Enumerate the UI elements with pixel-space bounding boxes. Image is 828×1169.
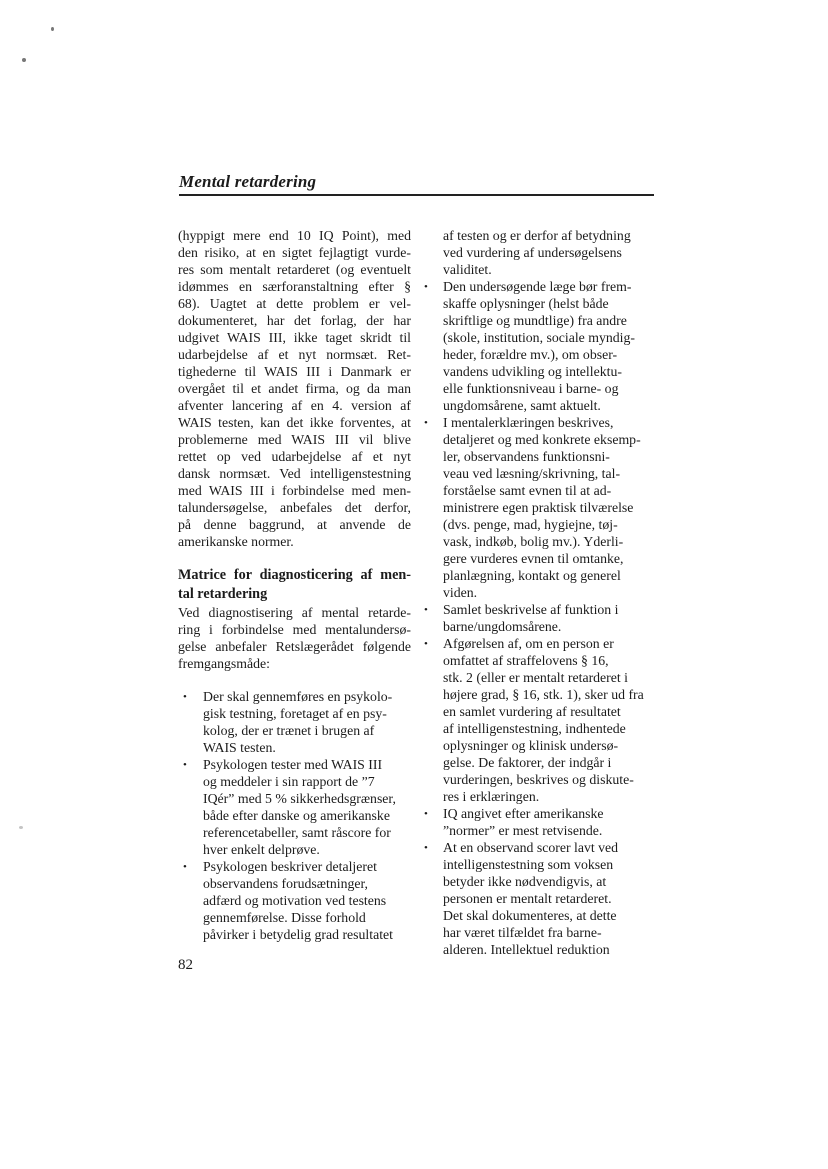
text-line: IQér” med 5 % sikkerhedsgrænser, <box>203 790 411 807</box>
text-line: res i erklæringen. <box>443 788 663 805</box>
text-line: Det skal dokumenteres, at dette <box>443 907 663 924</box>
text-line: betyder ikke nødvendigvis, at <box>443 873 663 890</box>
text-line: ungdomsårene, samt aktuelt. <box>443 397 663 414</box>
text-block-bullet: •Psykologen tester med WAIS IIIog meddel… <box>178 756 411 858</box>
text-line: observandens forudsætninger, <box>203 875 411 892</box>
text-line: tal retardering <box>178 585 411 604</box>
text-block-bullet: •Psykologen beskriver detaljeretobservan… <box>178 858 411 943</box>
text-line: vask, indkøb, bolig mv.). Yderli- <box>443 533 663 550</box>
text-line: gelse. De faktorer, der indgår i <box>443 754 663 771</box>
text-block-bullet: •Den undersøgende læge bør frem-skaffe o… <box>423 278 663 414</box>
text-line: alderen. Intellektuel reduktion <box>443 941 663 958</box>
text-block-bullet: •Samlet beskrivelse af funktion ibarne/u… <box>423 601 663 635</box>
text-line: ring i forbindelse med mentalundersø- <box>178 621 411 638</box>
text-line: oplysninger og klinisk undersø- <box>443 737 663 754</box>
text-line: gelse anbefaler Retslægerådet følgende <box>178 638 411 655</box>
text-line: dokumenteret, har det forlag, der har <box>178 312 411 329</box>
text-line: ler, observandens funktionsni- <box>443 448 663 465</box>
text-line: (dvs. penge, mad, hygiejne, tøj- <box>443 516 663 533</box>
text-line: personen er mentalt retarderet. <box>443 890 663 907</box>
text-line: gisk testning, foretaget af en psy- <box>203 705 411 722</box>
text-block-bullet: •Der skal gennemføres en psykolo-gisk te… <box>178 688 411 756</box>
text-line: skaffe oplysninger (helst både <box>443 295 663 312</box>
text-line: stk. 2 (eller er mentalt retarderet i <box>443 669 663 686</box>
text-line: rettet op ved udarbejdelse af et nyt <box>178 448 411 465</box>
text-line: adfærd og motivation ved testens <box>203 892 411 909</box>
text-line: på denne baggrund, at anvende de <box>178 516 411 533</box>
text-line: Psykologen tester med WAIS III <box>203 756 411 773</box>
text-line: dansk normsæt. Ved intelligenstestning <box>178 465 411 482</box>
page-number: 82 <box>178 957 193 974</box>
text-line: elle funktionsniveau i barne- og <box>443 380 663 397</box>
text-line: kolog, der er trænet i brugen af <box>203 722 411 739</box>
text-line: (skole, institution, sociale myndig- <box>443 329 663 346</box>
bullet-icon: • <box>424 602 428 619</box>
bullet-icon: • <box>183 689 187 706</box>
scan-speck <box>51 27 54 31</box>
text-line: Samlet beskrivelse af funktion i <box>443 601 663 618</box>
text-line: referencetabeller, samt råscore for <box>203 824 411 841</box>
text-block-para: Ved diagnostisering af mental retarde-ri… <box>178 604 411 672</box>
bullet-icon: • <box>424 636 428 653</box>
bullet-icon: • <box>424 415 428 432</box>
text-line: 68). Uagtet at dette problem er vel- <box>178 295 411 312</box>
text-line: (hyppigt mere end 10 IQ Point), med <box>178 227 411 244</box>
text-block-bullet: •At en observand scorer lavt vedintellig… <box>423 839 663 958</box>
text-line: heder, forældre mv.), om obser- <box>443 346 663 363</box>
bullet-icon: • <box>424 806 428 823</box>
text-line: Ved diagnostisering af mental retarde- <box>178 604 411 621</box>
text-line: hver enkelt delprøve. <box>203 841 411 858</box>
right-text-column: af testen og er derfor af betydningved v… <box>423 227 663 958</box>
text-line: detaljeret og med konkrete eksemp- <box>443 431 663 448</box>
text-line: udgivet WAIS III, ikke taget skridt til <box>178 329 411 346</box>
text-line: talundersøgelse, anbefales det derfor, <box>178 499 411 516</box>
text-line: At en observand scorer lavt ved <box>443 839 663 856</box>
text-line: en samlet vurdering af resultatet <box>443 703 663 720</box>
text-line: og meddeler i sin rapport de ”7 <box>203 773 411 790</box>
text-line: afventer lancering af en 4. version af <box>178 397 411 414</box>
text-line: har været tilfældet fra barne- <box>443 924 663 941</box>
text-line: ministrere egen praktisk tilværelse <box>443 499 663 516</box>
text-line: vandens udvikling og intellektu- <box>443 363 663 380</box>
text-block-bullet: •IQ angivet efter amerikanske”normer” er… <box>423 805 663 839</box>
text-block-para: (hyppigt mere end 10 IQ Point), medden r… <box>178 227 411 550</box>
text-block-heading: Matrice for diagnosticering af men-tal r… <box>178 566 411 604</box>
bullet-icon: • <box>183 757 187 774</box>
text-line: gere vurderes evnen til omtanke, <box>443 550 663 567</box>
text-line: barne/ungdomsårene. <box>443 618 663 635</box>
bullet-icon: • <box>424 840 428 857</box>
document-page: Mental retardering (hyppigt mere end 10 … <box>0 0 828 1169</box>
text-line: res som mentalt retarderet (og eventuelt <box>178 261 411 278</box>
text-line: af intelligenstestning, indhentede <box>443 720 663 737</box>
text-line: problemerne med WAIS III vil blive <box>178 431 411 448</box>
text-line: udarbejdelse af et nyt normsæt. Ret- <box>178 346 411 363</box>
text-line: den risiko, at en sigtet fejlagtigt vurd… <box>178 244 411 261</box>
text-line: fremgangsmåde: <box>178 655 411 672</box>
text-line: intelligenstestning som voksen <box>443 856 663 873</box>
left-text-column: (hyppigt mere end 10 IQ Point), medden r… <box>178 227 411 943</box>
text-line: planlægning, kontakt og generel <box>443 567 663 584</box>
text-line: med WAIS III i forbindelse med men- <box>178 482 411 499</box>
text-line: højere grad, § 16, stk. 1), sker ud fra <box>443 686 663 703</box>
text-line: gennemførelse. Disse forhold <box>203 909 411 926</box>
text-line: tighederne til WAIS III i Danmark er <box>178 363 411 380</box>
text-line: overgået til et andet firma, og da man <box>178 380 411 397</box>
text-line: Den undersøgende læge bør frem- <box>443 278 663 295</box>
text-line: Afgørelsen af, om en person er <box>443 635 663 652</box>
text-line: ved vurdering af undersøgelsens <box>443 244 663 261</box>
text-line: validitet. <box>443 261 663 278</box>
text-block-cont: af testen og er derfor af betydningved v… <box>423 227 663 278</box>
text-line: idømmes en særforanstaltning efter § <box>178 278 411 295</box>
text-line: vurderingen, beskrives og diskute- <box>443 771 663 788</box>
text-line: veau ved læsning/skrivning, tal- <box>443 465 663 482</box>
text-line: I mentalerklæringen beskrives, <box>443 414 663 431</box>
text-line: Der skal gennemføres en psykolo- <box>203 688 411 705</box>
text-line: Matrice for diagnosticering af men- <box>178 566 411 585</box>
text-line: skriftlige og mundtlige) fra andre <box>443 312 663 329</box>
text-line: IQ angivet efter amerikanske <box>443 805 663 822</box>
text-line: viden. <box>443 584 663 601</box>
text-line: Psykologen beskriver detaljeret <box>203 858 411 875</box>
text-line: ”normer” er mest retvisende. <box>443 822 663 839</box>
bullet-icon: • <box>183 859 187 876</box>
running-header-title: Mental retardering <box>179 172 316 192</box>
bullet-icon: • <box>424 279 428 296</box>
text-line: forståelse samt evnen til at ad- <box>443 482 663 499</box>
header-rule <box>179 194 654 196</box>
text-line: både efter danske og amerikanske <box>203 807 411 824</box>
scan-speck <box>19 826 23 829</box>
text-line: af testen og er derfor af betydning <box>443 227 663 244</box>
text-line: omfattet af straffelovens § 16, <box>443 652 663 669</box>
text-line: amerikanske normer. <box>178 533 411 550</box>
text-line: WAIS testen. <box>203 739 411 756</box>
text-line: påvirker i betydelig grad resultatet <box>203 926 411 943</box>
text-block-bullet: •Afgørelsen af, om en person eromfattet … <box>423 635 663 805</box>
text-line: WAIS testen, kan det ikke forventes, at <box>178 414 411 431</box>
text-block-bullet: •I mentalerklæringen beskrives,detaljere… <box>423 414 663 601</box>
scan-speck <box>22 58 26 62</box>
